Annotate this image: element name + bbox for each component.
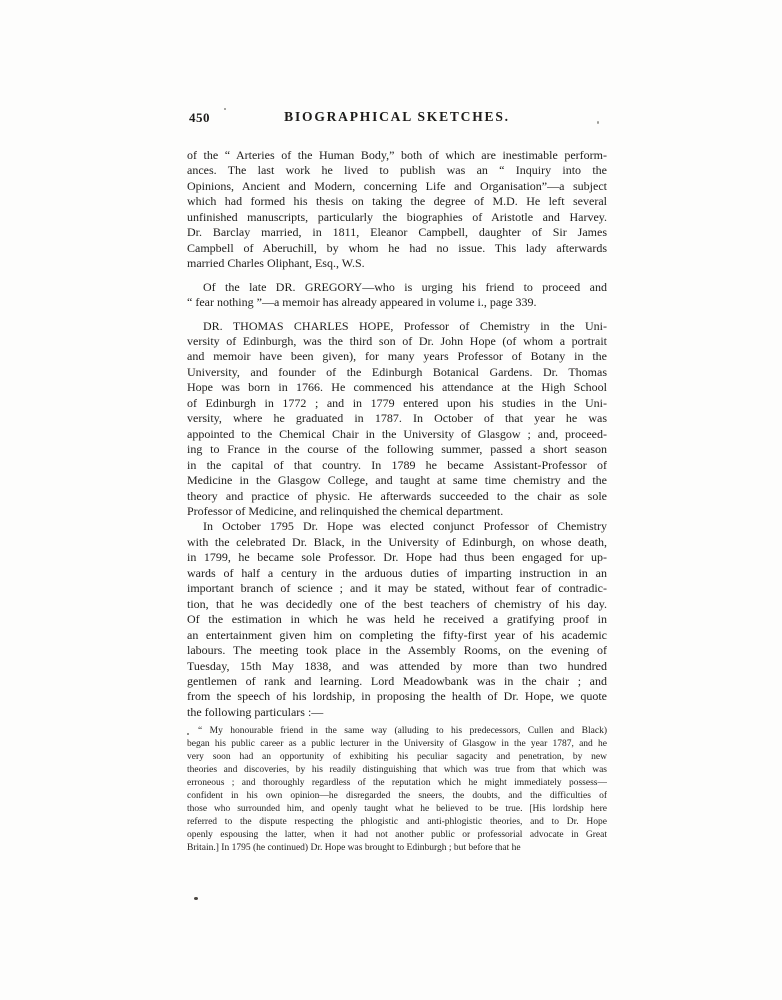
text-line: began his public career as a public lect… <box>187 738 607 751</box>
text-line: openly espousing the latter, when it had… <box>187 829 607 842</box>
text-line: Tuesday, 15th May 1838, and was attended… <box>187 659 607 674</box>
text-line: those who surrounded him, and openly tau… <box>187 803 607 816</box>
text-line: of the “ Arteries of the Human Body,” bo… <box>187 148 607 163</box>
scan-speck <box>194 897 198 900</box>
text-line: unfinished manuscripts, particularly the… <box>187 210 607 225</box>
text-line: Of the estimation in which he was held h… <box>187 612 607 627</box>
paragraph: Of the late DR. GREGORY—who is urging hi… <box>187 280 607 311</box>
text-line: Campbell of Aberuchill, by whom he had n… <box>187 241 607 256</box>
text-line: “ fear nothing ”—a memoir has already ap… <box>187 295 607 310</box>
page-number: 450 <box>189 110 210 126</box>
text-line: Hope was born in 1766. He commenced his … <box>187 380 607 395</box>
text-line: of Edinburgh in 1772 ; and in 1779 enter… <box>187 396 607 411</box>
text-line: an entertainment given him on completing… <box>187 628 607 643</box>
text-line: important branch of science ; and it may… <box>187 581 607 596</box>
text-line: labours. The meeting took place in the A… <box>187 643 607 658</box>
text-line: gentlemen of rank and learning. Lord Mea… <box>187 674 607 689</box>
text-line: theories and discoveries, by his readily… <box>187 764 607 777</box>
text-line: referred to the dispute respecting the p… <box>187 816 607 829</box>
text-line: versity, where he graduated in 1787. In … <box>187 411 607 426</box>
paragraph: “ My honourable friend in the same way (… <box>187 725 607 855</box>
text-line: Medicine in the Glasgow College, and tau… <box>187 473 607 488</box>
paragraph: DR. THOMAS CHARLES HOPE, Professor of Ch… <box>187 319 607 520</box>
text-line: confident in his own opinion—he disregar… <box>187 790 607 803</box>
text-line: from the speech of his lordship, in prop… <box>187 689 607 704</box>
paragraph: In October 1795 Dr. Hope was elected con… <box>187 519 607 720</box>
text-line: “ My honourable friend in the same way (… <box>187 725 607 738</box>
text-line: theory and practice of physic. He afterw… <box>187 489 607 504</box>
page-title: BIOGRAPHICAL SKETCHES. <box>187 109 607 125</box>
page-header: 450 BIOGRAPHICAL SKETCHES. <box>187 109 607 126</box>
text-line: very soon had an opportunity of exhibiti… <box>187 751 607 764</box>
text-block: of the “ Arteries of the Human Body,” bo… <box>187 148 607 855</box>
text-line: the following particulars :— <box>187 705 607 720</box>
text-line: erroneous ; and thoroughly regardless of… <box>187 777 607 790</box>
text-column: 450 BIOGRAPHICAL SKETCHES. of the “ Arte… <box>187 109 607 855</box>
text-line: DR. THOMAS CHARLES HOPE, Professor of Ch… <box>187 319 607 334</box>
text-line: which had formed his thesis on taking th… <box>187 194 607 209</box>
text-line: married Charles Oliphant, Esq., W.S. <box>187 256 607 271</box>
text-line: Dr. Barclay married, in 1811, Eleanor Ca… <box>187 225 607 240</box>
text-line: Professor of Medicine, and relinquished … <box>187 504 607 519</box>
text-line: Britain.] In 1795 (he continued) Dr. Hop… <box>187 842 607 855</box>
paragraph: of the “ Arteries of the Human Body,” bo… <box>187 148 607 272</box>
text-line: wards of half a century in the arduous d… <box>187 566 607 581</box>
text-line: in the capital of that country. In 1789 … <box>187 458 607 473</box>
text-line: In October 1795 Dr. Hope was elected con… <box>187 519 607 534</box>
text-line: in 1799, he became sole Professor. Dr. H… <box>187 550 607 565</box>
text-line: ances. The last work he lived to publish… <box>187 163 607 178</box>
text-line: Of the late DR. GREGORY—who is urging hi… <box>187 280 607 295</box>
text-line: appointed to the Chemical Chair in the U… <box>187 427 607 442</box>
document-page: 450 BIOGRAPHICAL SKETCHES. of the “ Arte… <box>0 0 782 1000</box>
text-line: versity of Edinburgh, was the third son … <box>187 334 607 349</box>
text-line: tion, that he was decidedly one of the b… <box>187 597 607 612</box>
text-line: Opinions, Ancient and Modern, concerning… <box>187 179 607 194</box>
text-line: with the celebrated Dr. Black, in the Un… <box>187 535 607 550</box>
text-line: University, and founder of the Edinburgh… <box>187 365 607 380</box>
text-line: ing to France in the course of the follo… <box>187 442 607 457</box>
text-line: and memoir have been given), for many ye… <box>187 349 607 364</box>
